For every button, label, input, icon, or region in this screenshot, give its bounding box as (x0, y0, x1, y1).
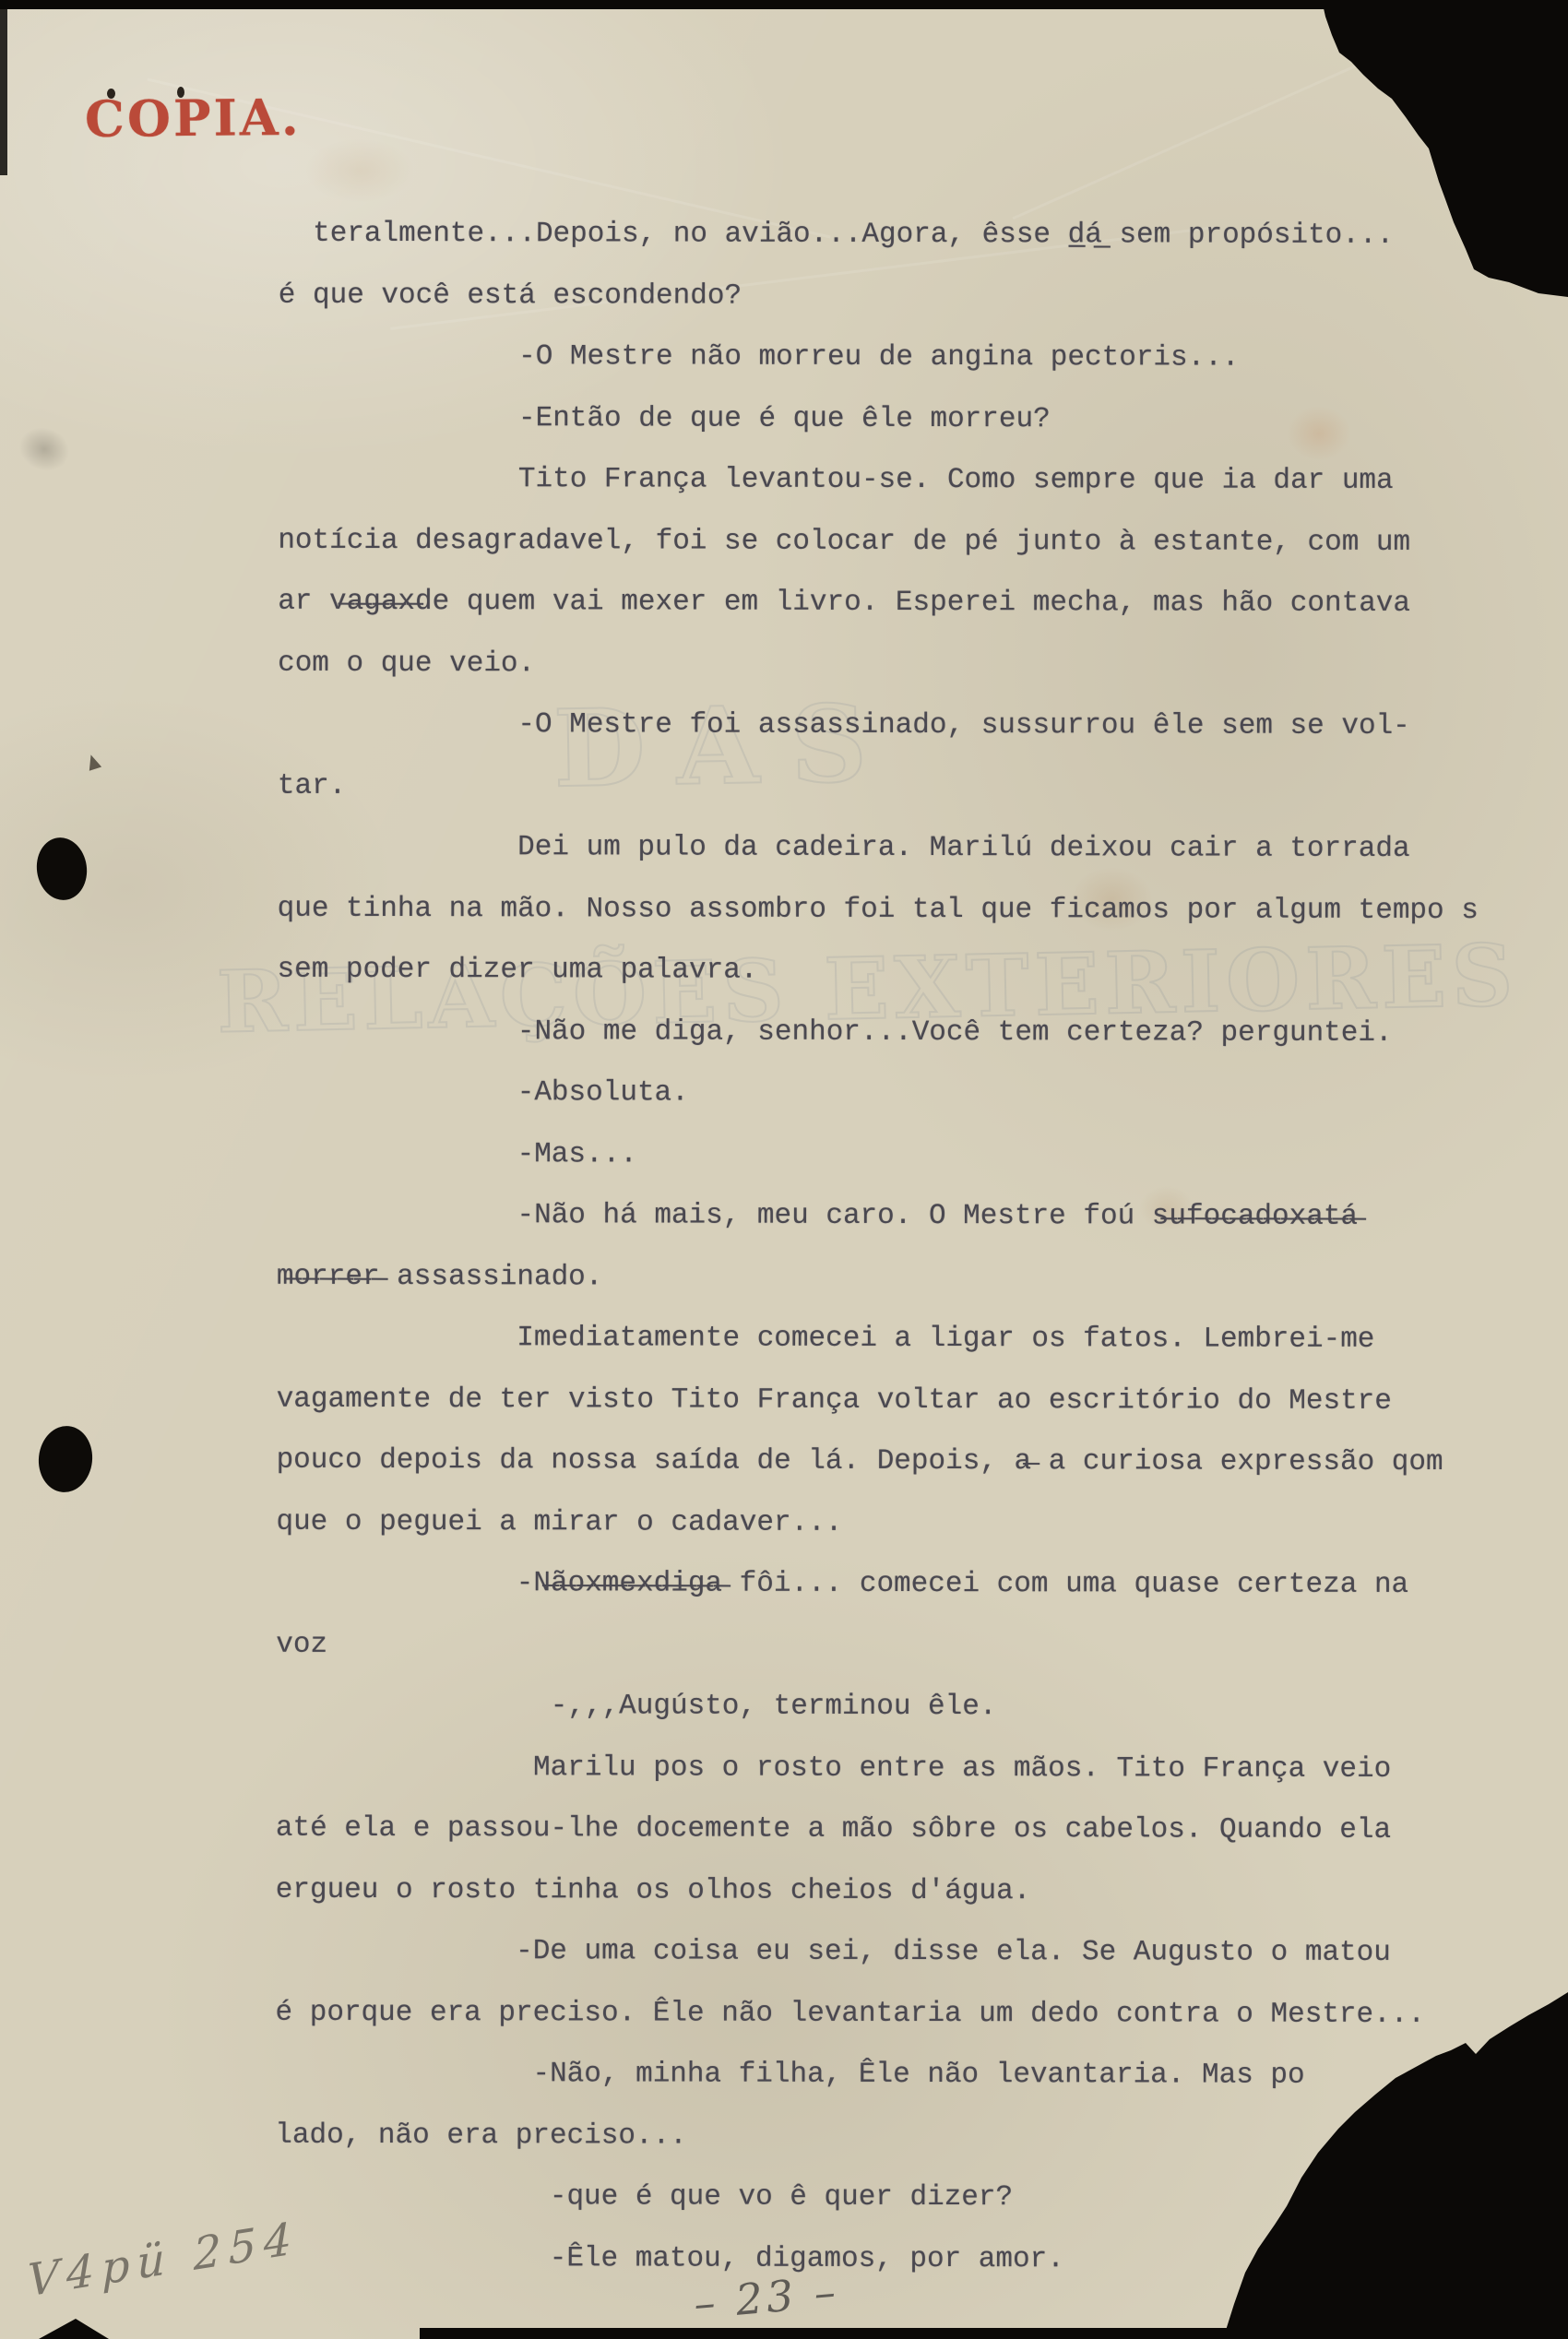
paper-crease (1013, 60, 1368, 220)
punch-hole-bottom (35, 1423, 95, 1495)
punch-hole-top (33, 835, 91, 904)
paper-speck (107, 89, 115, 99)
scan-edge-top (0, 0, 1568, 9)
scan-edge-bottom (420, 2328, 1568, 2339)
paper-stain (304, 138, 415, 203)
pencil-smudge (10, 418, 77, 481)
copia-stamp: COPIA. (85, 88, 302, 148)
typewritten-text: teralmente...Depois, no avião...Agora, ê… (275, 204, 1568, 2291)
paper-speck (177, 87, 184, 98)
scan-edge-left (0, 0, 7, 175)
document-page: DAS RELAÇÕES EXTERIORES COPIA. teralment… (0, 0, 1568, 2339)
handwritten-note: V4pü 254 (27, 2212, 299, 2307)
pencil-arrow-mark (85, 753, 101, 771)
